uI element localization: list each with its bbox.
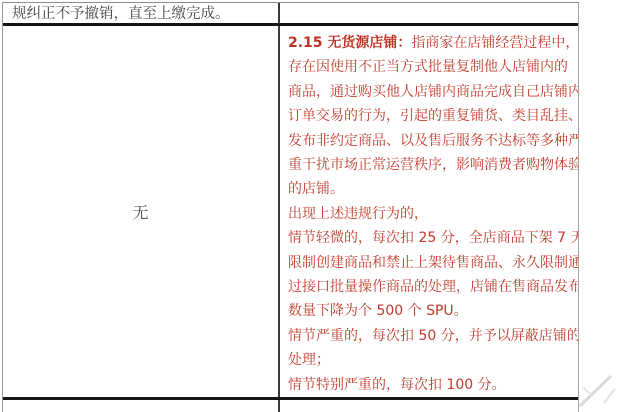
clause-line-1: 2.15 无货源店铺：指商家在店铺经营过程中， (288, 31, 575, 55)
table-row-next-partial (3, 400, 578, 412)
clause-line-15: 情节特别严重的，每次扣 100 分。 (288, 373, 575, 397)
table-row-main: 无 2.15 无货源店铺：指商家在店铺经营过程中， 存在因使用不正当方式批量复制… (3, 26, 578, 400)
table-row-previous: 规纠正不予撤销，直至上缴完成。 (3, 3, 578, 26)
clause-heading-rest: 指商家在店铺经营过程中， (411, 35, 578, 51)
clause-line-12: 数量下降为个 500 个 SPU。 (288, 299, 575, 323)
clause-line-6: 重干扰市场正常运营秩序，影响消费者购物体验 (288, 153, 575, 177)
prev-row-right-cell (280, 3, 578, 23)
clause-line-9: 情节轻微的，每次扣 25 分，全店商品下架 7 天、 (288, 226, 575, 250)
next-row-left-cell (3, 400, 280, 412)
prev-row-left-cell: 规纠正不予撤销，直至上缴完成。 (3, 3, 280, 23)
prev-row-text: 规纠正不予撤销，直至上缴完成。 (3, 3, 278, 25)
clause-line-7: 的店铺。 (288, 177, 575, 201)
clause-line-14: 处理； (288, 348, 575, 372)
next-row-right-cell (280, 400, 578, 412)
clause-line-10: 限制创建商品和禁止上架待售商品、永久限制通 (288, 251, 575, 275)
clause-line-5: 发布非约定商品、以及售后服务不达标等多种严 (288, 129, 575, 153)
main-row-right-cell: 2.15 无货源店铺：指商家在店铺经营过程中， 存在因使用不正当方式批量复制他人… (280, 26, 578, 397)
clause-heading: 2.15 无货源店铺： (288, 35, 411, 51)
clause-text: 2.15 无货源店铺：指商家在店铺经营过程中， 存在因使用不正当方式批量复制他人… (280, 26, 578, 397)
clause-line-4: 订单交易的行为，引起的重复铺货、类目乱挂、 (288, 104, 575, 128)
none-value: 无 (132, 200, 148, 223)
clause-line-13: 情节严重的，每次扣 50 分，并予以屏蔽店铺的 (288, 324, 575, 348)
violation-rules-table: 规纠正不予撤销，直至上缴完成。 无 2.15 无货源店铺：指商家在店铺经营过程中… (2, 2, 579, 412)
clause-line-11: 过接口批量操作商品的处理，店铺在售商品发布 (288, 275, 575, 299)
clause-line-2: 存在因使用不正当方式批量复制他人店铺内的 (288, 55, 575, 79)
clause-line-8: 出现上述违规行为的， (288, 202, 575, 226)
clause-line-3: 商品，通过购买他人店铺内商品完成自己店铺内 (288, 80, 575, 104)
main-row-left-cell: 无 (3, 26, 280, 397)
document-page: 规纠正不予撤销，直至上缴完成。 无 2.15 无货源店铺：指商家在店铺经营过程中… (0, 0, 620, 412)
